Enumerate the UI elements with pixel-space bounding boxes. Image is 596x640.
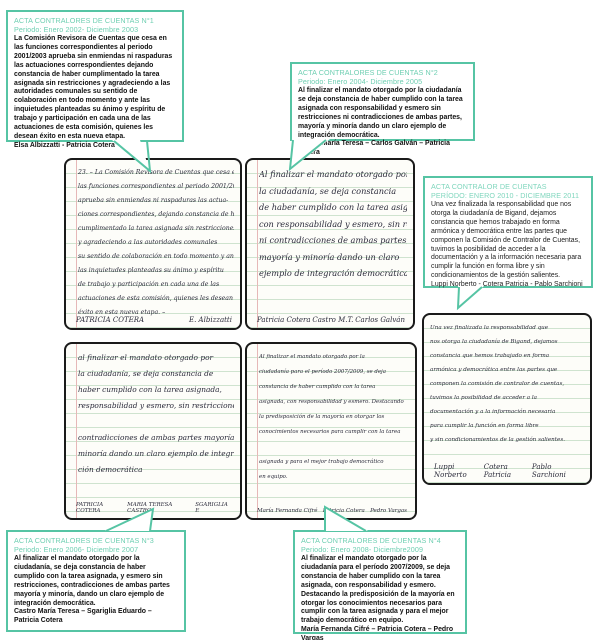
callout-1-pointer: [0, 0, 596, 640]
